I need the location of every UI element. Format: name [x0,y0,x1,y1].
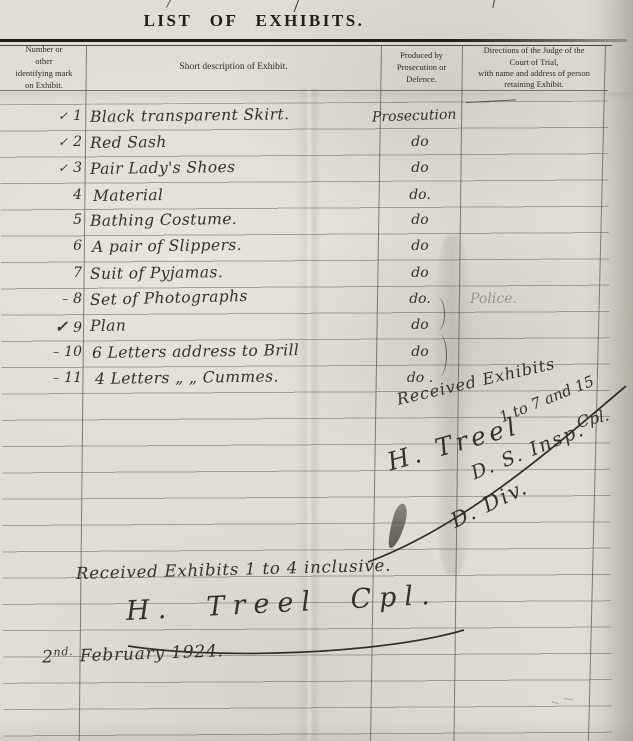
column-header-number: Number or other identifying mark on Exhi… [2,46,86,90]
exhibit-description: A pair of Slippers. [92,234,384,256]
exhibit-number: 3 [73,160,82,176]
exhibit-description: Red Sash [90,130,382,152]
checkmark: ✓ [58,135,68,149]
exhibit-description: Bathing Costume. [90,208,382,230]
exhibit-number: 10 [64,344,82,360]
exhibit-number: 2 [73,134,82,150]
exhibit-description: Material [93,183,385,205]
produced-by-entry: do [384,317,456,333]
exhibit-number: 9 [73,320,82,336]
produced-by-entry: do [384,160,456,176]
exhibit-description: Suit of Pyjamas. [90,261,382,283]
exhibit-number: 7 [73,265,82,281]
exhibit-number: 8 [73,291,82,307]
exhibit-number: 11 [64,370,82,386]
exhibit-row: ✓3 Pair Lady's Shoes do [0,160,633,186]
produced-by-entry: do. [384,291,456,307]
produced-by-entry: do [384,134,456,150]
column-header-produced-by: Produced by Prosecution or Defence. [382,46,461,90]
exhibit-description: 6 Letters address to Brill [92,340,384,362]
form-title: LIST OF EXHIBITS. [58,11,450,31]
produced-by-entry: do [384,212,456,228]
column-header-description: Short description of Exhibit. [88,46,379,90]
exhibit-number: 5 [73,212,82,228]
exhibit-number: 1 [73,108,82,124]
exhibit-list-document: LIST OF EXHIBITS. Number or other identi… [0,0,633,741]
produced-by-entry: Prosecution [372,106,465,125]
date-day: 2 [42,647,54,667]
top-edge-pen-mark [492,0,495,8]
checkmark: – [53,345,59,359]
checkmark: ✓ [58,109,68,123]
column-header-directions: Directions of the Judge of the Court of … [463,46,605,90]
produced-by-entry: do [384,265,456,281]
produced-by-entry: do. [384,187,456,203]
exhibit-row: 6 A pair of Slippers. do [0,238,633,264]
checkmark: – [53,371,59,385]
date-suffix: nd. [53,645,73,659]
exhibit-description: Black transparent Skirt. [90,104,382,126]
exhibit-description: Pair Lady's Shoes [90,156,382,178]
checkmark: ✓ [55,317,68,336]
top-rule-thick [0,39,627,42]
checkmark: ✓ [58,161,68,175]
top-edge-pen-mark [166,0,171,8]
exhibit-number: 4 [73,187,82,203]
exhibit-description: 4 Letters „ „ Cummes. [95,366,387,388]
exhibit-description: Plan [90,313,382,335]
directions-entry: Police. [470,291,610,307]
produced-by-entry: do [384,238,456,254]
exhibit-number: 6 [73,238,82,254]
checkmark: – [62,292,68,306]
exhibit-row: ✓9 Plan do [0,317,633,343]
